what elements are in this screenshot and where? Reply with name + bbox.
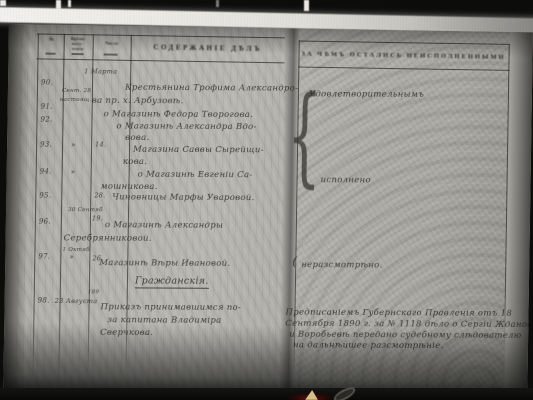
entry-line: за капитана Владиміра (107, 315, 221, 326)
margin-note: 28. (94, 191, 105, 199)
resolution-note: Удовлетворительнымъ (309, 89, 424, 100)
section-heading: Гражданскія. (135, 275, 209, 288)
entry-line: Сверчкова. (100, 328, 153, 338)
entry-line: о Магазинѣ Александры (105, 220, 223, 231)
row-number: 95. (39, 192, 51, 200)
ditto-mark: » (69, 253, 74, 261)
header-dash (104, 53, 118, 55)
glare-streak (56, 0, 61, 9)
ditto-mark: » (71, 141, 76, 149)
margin-note: 23 Августа (55, 297, 98, 305)
margin-note: 14. (95, 140, 106, 148)
entry-line: Магазина Саввы Сырейщи- (133, 145, 264, 156)
left-page (15, 24, 287, 400)
margin-note: Сент. 28 (62, 88, 91, 94)
glare-streak (0, 0, 6, 6)
margin-note: 1 Октяб (62, 247, 89, 253)
entry-line: о Магазинѣ Федора Творогова. (104, 109, 254, 120)
grouping-brace: { (286, 84, 322, 189)
row-number: 94. (40, 168, 52, 176)
entry-line: мошникова. (100, 182, 157, 192)
entry-line: Магазинѣ Вѣры Ивановой. (99, 258, 230, 269)
row-number: 90. (41, 79, 53, 87)
header-dash (72, 53, 84, 55)
entry-line: о Магазинѣ Евгеніи Са- (138, 170, 253, 181)
row-number: 96. (39, 218, 51, 226)
resolution-note: неразсмотрѣно. (301, 260, 382, 270)
entry-line: Серебрянниковой. (64, 233, 152, 243)
row-number: 91. (41, 103, 53, 111)
row-number: 97. (38, 253, 50, 261)
row-number: 93. (40, 141, 52, 149)
margin-note: 30 Сентяб (68, 207, 103, 213)
entry-line: Приказъ принимавшимся по- (101, 302, 242, 313)
row-number: 92. (40, 116, 52, 124)
col1-header-mark: № (42, 38, 62, 43)
margin-note: 189 (88, 289, 99, 295)
margin-note: настоящ. (60, 97, 92, 103)
glare-streak (68, 0, 71, 7)
entry-line: вова. (125, 133, 149, 143)
margin-note: 19. (92, 214, 103, 222)
entry-line: Крестьянина Трофима Александро- (125, 83, 298, 94)
resolution-note: исполнено (321, 175, 371, 185)
screen-bottom-bezel (0, 388, 533, 400)
header-dash (46, 53, 56, 55)
entry-line: Чиновницы Марфы Уваровой. (112, 192, 254, 203)
photo-of-screen: СОДЕРЖАНІЕ ДѢЛЪ ЗА ЧѢМЪ ОСТАЛИСЬ НЕИСПОЛ… (0, 0, 533, 400)
ditto-mark: » (71, 168, 76, 176)
entry-line: о Магазинѣ Александра Вдо- (116, 121, 256, 132)
row-number: 98. (38, 297, 50, 305)
entry-line: ва пр. х. Арбузовѣ. (92, 96, 184, 106)
document-scan: СОДЕРЖАНІЕ ДѢЛЪ ЗА ЧѢМЪ ОСТАЛИСЬ НЕИСПОЛ… (3, 24, 533, 400)
margin-note: 1 Марта (84, 67, 117, 75)
glare-streak (304, 0, 309, 11)
open-paren: ( (292, 255, 297, 269)
closing-note-line: Предписаніемъ Губернскаго Правленія отъ … (285, 308, 512, 319)
col2-header-line: ченія (65, 46, 91, 51)
entry-line: кова. (123, 157, 147, 167)
closing-note-line: на дальнѣйшее разсмотрѣніе. (293, 340, 444, 351)
closing-note-line: Сентября 1890 г. за № 1118 дѣло о Сергіи… (285, 319, 533, 330)
glare-streak (216, 0, 219, 7)
closing-note-line: и Воробьевѣ передано судебному слѣдовате… (289, 330, 521, 341)
col3-header-line: Число (95, 40, 129, 46)
